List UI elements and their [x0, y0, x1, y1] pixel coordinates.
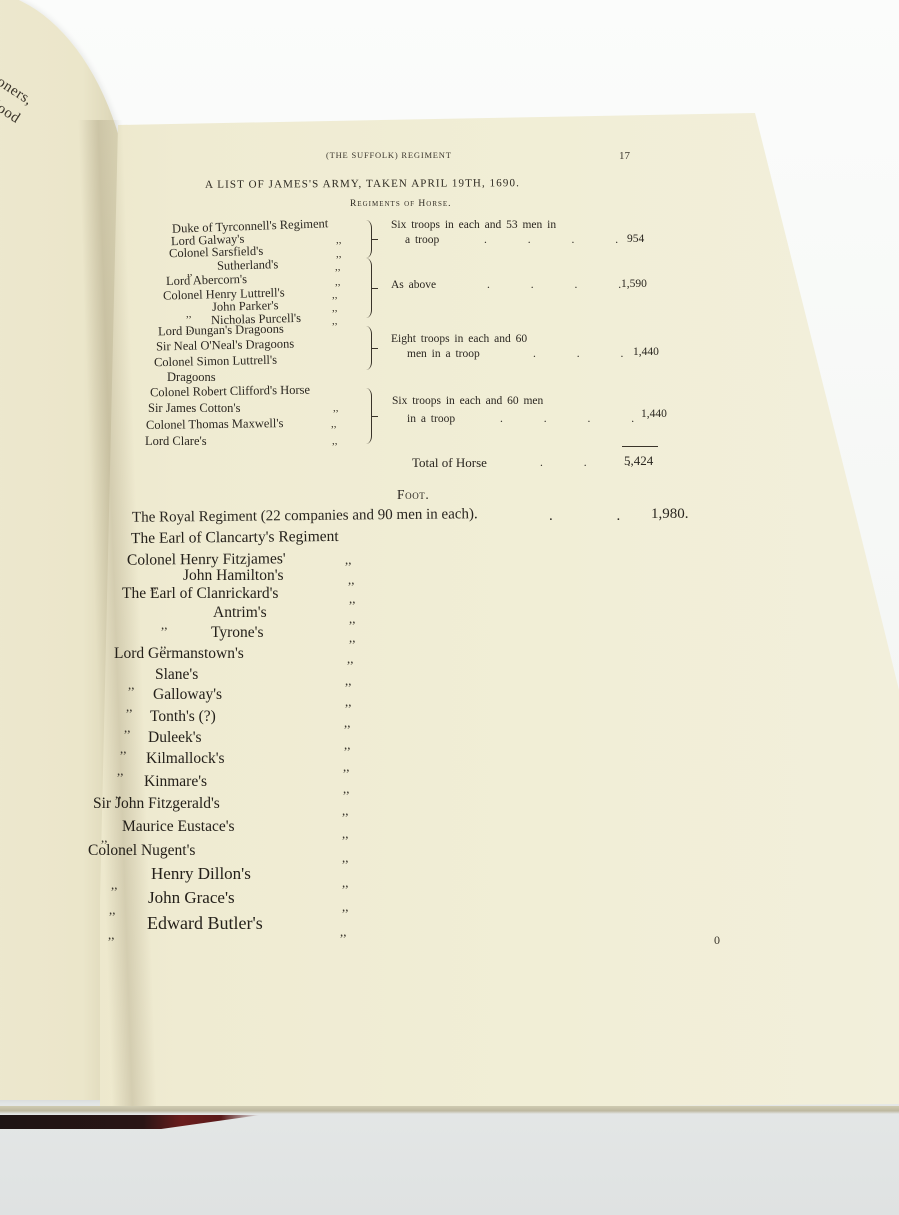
- ditto-mark: ,,: [342, 850, 349, 866]
- ditto-mark: ,,: [117, 763, 124, 779]
- ditto-mark: ,,: [126, 699, 133, 715]
- foot-regiment: Antrim's: [213, 604, 267, 622]
- foot-regiment: The Earl of Clancarty's Regiment: [131, 528, 339, 548]
- ditto-mark: ,,: [335, 276, 341, 288]
- foot-regiment: Henry Dillon's: [151, 864, 251, 884]
- foot-regiment: Kilmallock's: [146, 750, 225, 768]
- foot-regiment: Lord Germanstown's: [114, 645, 244, 663]
- running-head: (THE SUFFOLK) REGIMENT: [326, 150, 452, 160]
- horse-strength: 1,440: [641, 408, 667, 420]
- brace-2: [361, 258, 372, 318]
- horse-description: As above: [391, 279, 436, 291]
- horse-description-2: a troop: [405, 234, 439, 246]
- foot-royal-strength: 1,980.: [651, 506, 689, 523]
- foot-regiment: Edward Butler's: [147, 913, 263, 934]
- total-rule: [622, 446, 658, 447]
- ditto-mark: ,,: [340, 924, 347, 940]
- horse-regiment: Sir Neal O'Neal's Dragoons: [156, 337, 294, 355]
- ditto-mark: ,,: [349, 630, 356, 646]
- foot-regiment: The Earl of Clanrickard's: [122, 585, 278, 603]
- foot-regiment: Tonth's (?): [150, 708, 216, 726]
- ditto-mark: ,,: [332, 315, 338, 327]
- brace-4: [361, 388, 372, 444]
- horse-regiment: Colonel Simon Luttrell's: [154, 353, 277, 371]
- foot-regiment: John Hamilton's: [183, 567, 284, 585]
- horse-regiment: Dragoons: [167, 370, 216, 385]
- brace-1: [361, 220, 372, 258]
- horse-regiment: Colonel Thomas Maxwell's: [146, 416, 284, 433]
- ditto-mark: ,,: [333, 402, 339, 414]
- horse-strength: 1,590: [621, 278, 647, 290]
- ditto-mark: ,,: [342, 875, 349, 891]
- ditto-mark: ,,: [344, 715, 351, 731]
- horse-heading: Regiments of Horse.: [350, 199, 452, 209]
- page-bottom-edge: [0, 1106, 899, 1114]
- book-photo: aken prisoners, Captain Blood y both sid…: [0, 0, 899, 1215]
- ditto-mark: ,,: [343, 781, 350, 797]
- foot-regiment: Slane's: [155, 666, 198, 684]
- foot-regiment: Sir John Fitzgerald's: [93, 795, 220, 813]
- foot-royal-regiment: The Royal Regiment (22 companies and 90 …: [132, 506, 478, 527]
- horse-strength: 954: [627, 233, 644, 245]
- foot-regiment: Duleek's: [148, 729, 202, 747]
- page-number: 17: [619, 150, 630, 162]
- stray-mark: 0: [714, 933, 720, 948]
- horse-regiment: Colonel Robert Clifford's Horse: [150, 383, 310, 401]
- foot-heading: Foot.: [397, 487, 429, 503]
- book-cover-edge: [0, 1115, 260, 1129]
- dot-leader: . . . .: [500, 413, 652, 425]
- ditto-mark: ,,: [342, 899, 349, 915]
- ditto-mark: ,,: [342, 803, 349, 819]
- horse-description: Eight troops in each and 60: [391, 333, 527, 345]
- ditto-mark: ,,: [344, 737, 351, 753]
- ditto-mark: ,,: [349, 611, 356, 627]
- dot-leader: . . . .: [487, 279, 639, 291]
- ditto-mark: ,,: [332, 435, 338, 447]
- horse-total-label: Total of Horse: [412, 455, 487, 471]
- ditto-mark: ,,: [345, 694, 352, 710]
- dot-leader: . . .: [533, 348, 641, 360]
- foot-regiment: Tyrone's: [211, 624, 264, 642]
- ditto-mark: ,,: [347, 651, 354, 667]
- ditto-mark: ,,: [342, 826, 349, 842]
- horse-strength: 1,440: [633, 346, 659, 358]
- horse-description: Six troops in each and 60 men: [392, 395, 543, 407]
- ditto-mark: ,,: [111, 877, 118, 893]
- horse-description-2: in a troop: [407, 413, 455, 425]
- foot-regiment: Colonel Nugent's: [88, 842, 195, 860]
- ditto-mark: ,,: [108, 927, 115, 943]
- ditto-mark: ,,: [109, 902, 116, 918]
- horse-total-value: 5,424: [624, 453, 653, 469]
- ditto-mark: ,,: [335, 261, 341, 273]
- ditto-mark: ,,: [161, 617, 168, 633]
- horse-description: Six troops in each and 53 men in: [391, 219, 556, 231]
- ditto-mark: ,,: [332, 289, 338, 301]
- brace-3: [361, 326, 372, 370]
- dot-leader: . . . .: [484, 234, 636, 246]
- foot-regiment: Galloway's: [153, 686, 222, 704]
- ditto-mark: ,,: [336, 234, 342, 246]
- ditto-mark: ,,: [128, 677, 135, 693]
- horse-regiment: Sutherland's: [217, 257, 279, 274]
- ditto-mark: ,,: [332, 302, 338, 314]
- dot-leader: . .: [549, 508, 650, 525]
- ditto-mark: ,,: [349, 591, 356, 607]
- ditto-mark: ,,: [345, 673, 352, 689]
- horse-regiment: Lord Clare's: [145, 434, 207, 449]
- foot-regiment: Kinmare's: [144, 773, 207, 791]
- ditto-mark: ,,: [343, 759, 350, 775]
- horse-description-2: men in a troop: [407, 348, 480, 360]
- ditto-mark: ,,: [331, 418, 337, 430]
- horse-regiment: Sir James Cotton's: [148, 401, 241, 416]
- ditto-mark: ,,: [336, 248, 342, 260]
- foot-regiment: Maurice Eustace's: [122, 818, 235, 836]
- foot-regiment: John Grace's: [148, 888, 235, 908]
- ditto-mark: ,,: [186, 308, 192, 320]
- ditto-mark: ,,: [124, 720, 131, 736]
- ditto-mark: ,,: [120, 741, 127, 757]
- list-title: A LIST OF JAMES'S ARMY, TAKEN APRIL 19TH…: [205, 177, 520, 191]
- ditto-mark: ,,: [345, 552, 352, 568]
- left-page-text: aken prisoners, Captain Blood y both sid…: [0, 40, 80, 554]
- ditto-mark: ,,: [348, 572, 355, 588]
